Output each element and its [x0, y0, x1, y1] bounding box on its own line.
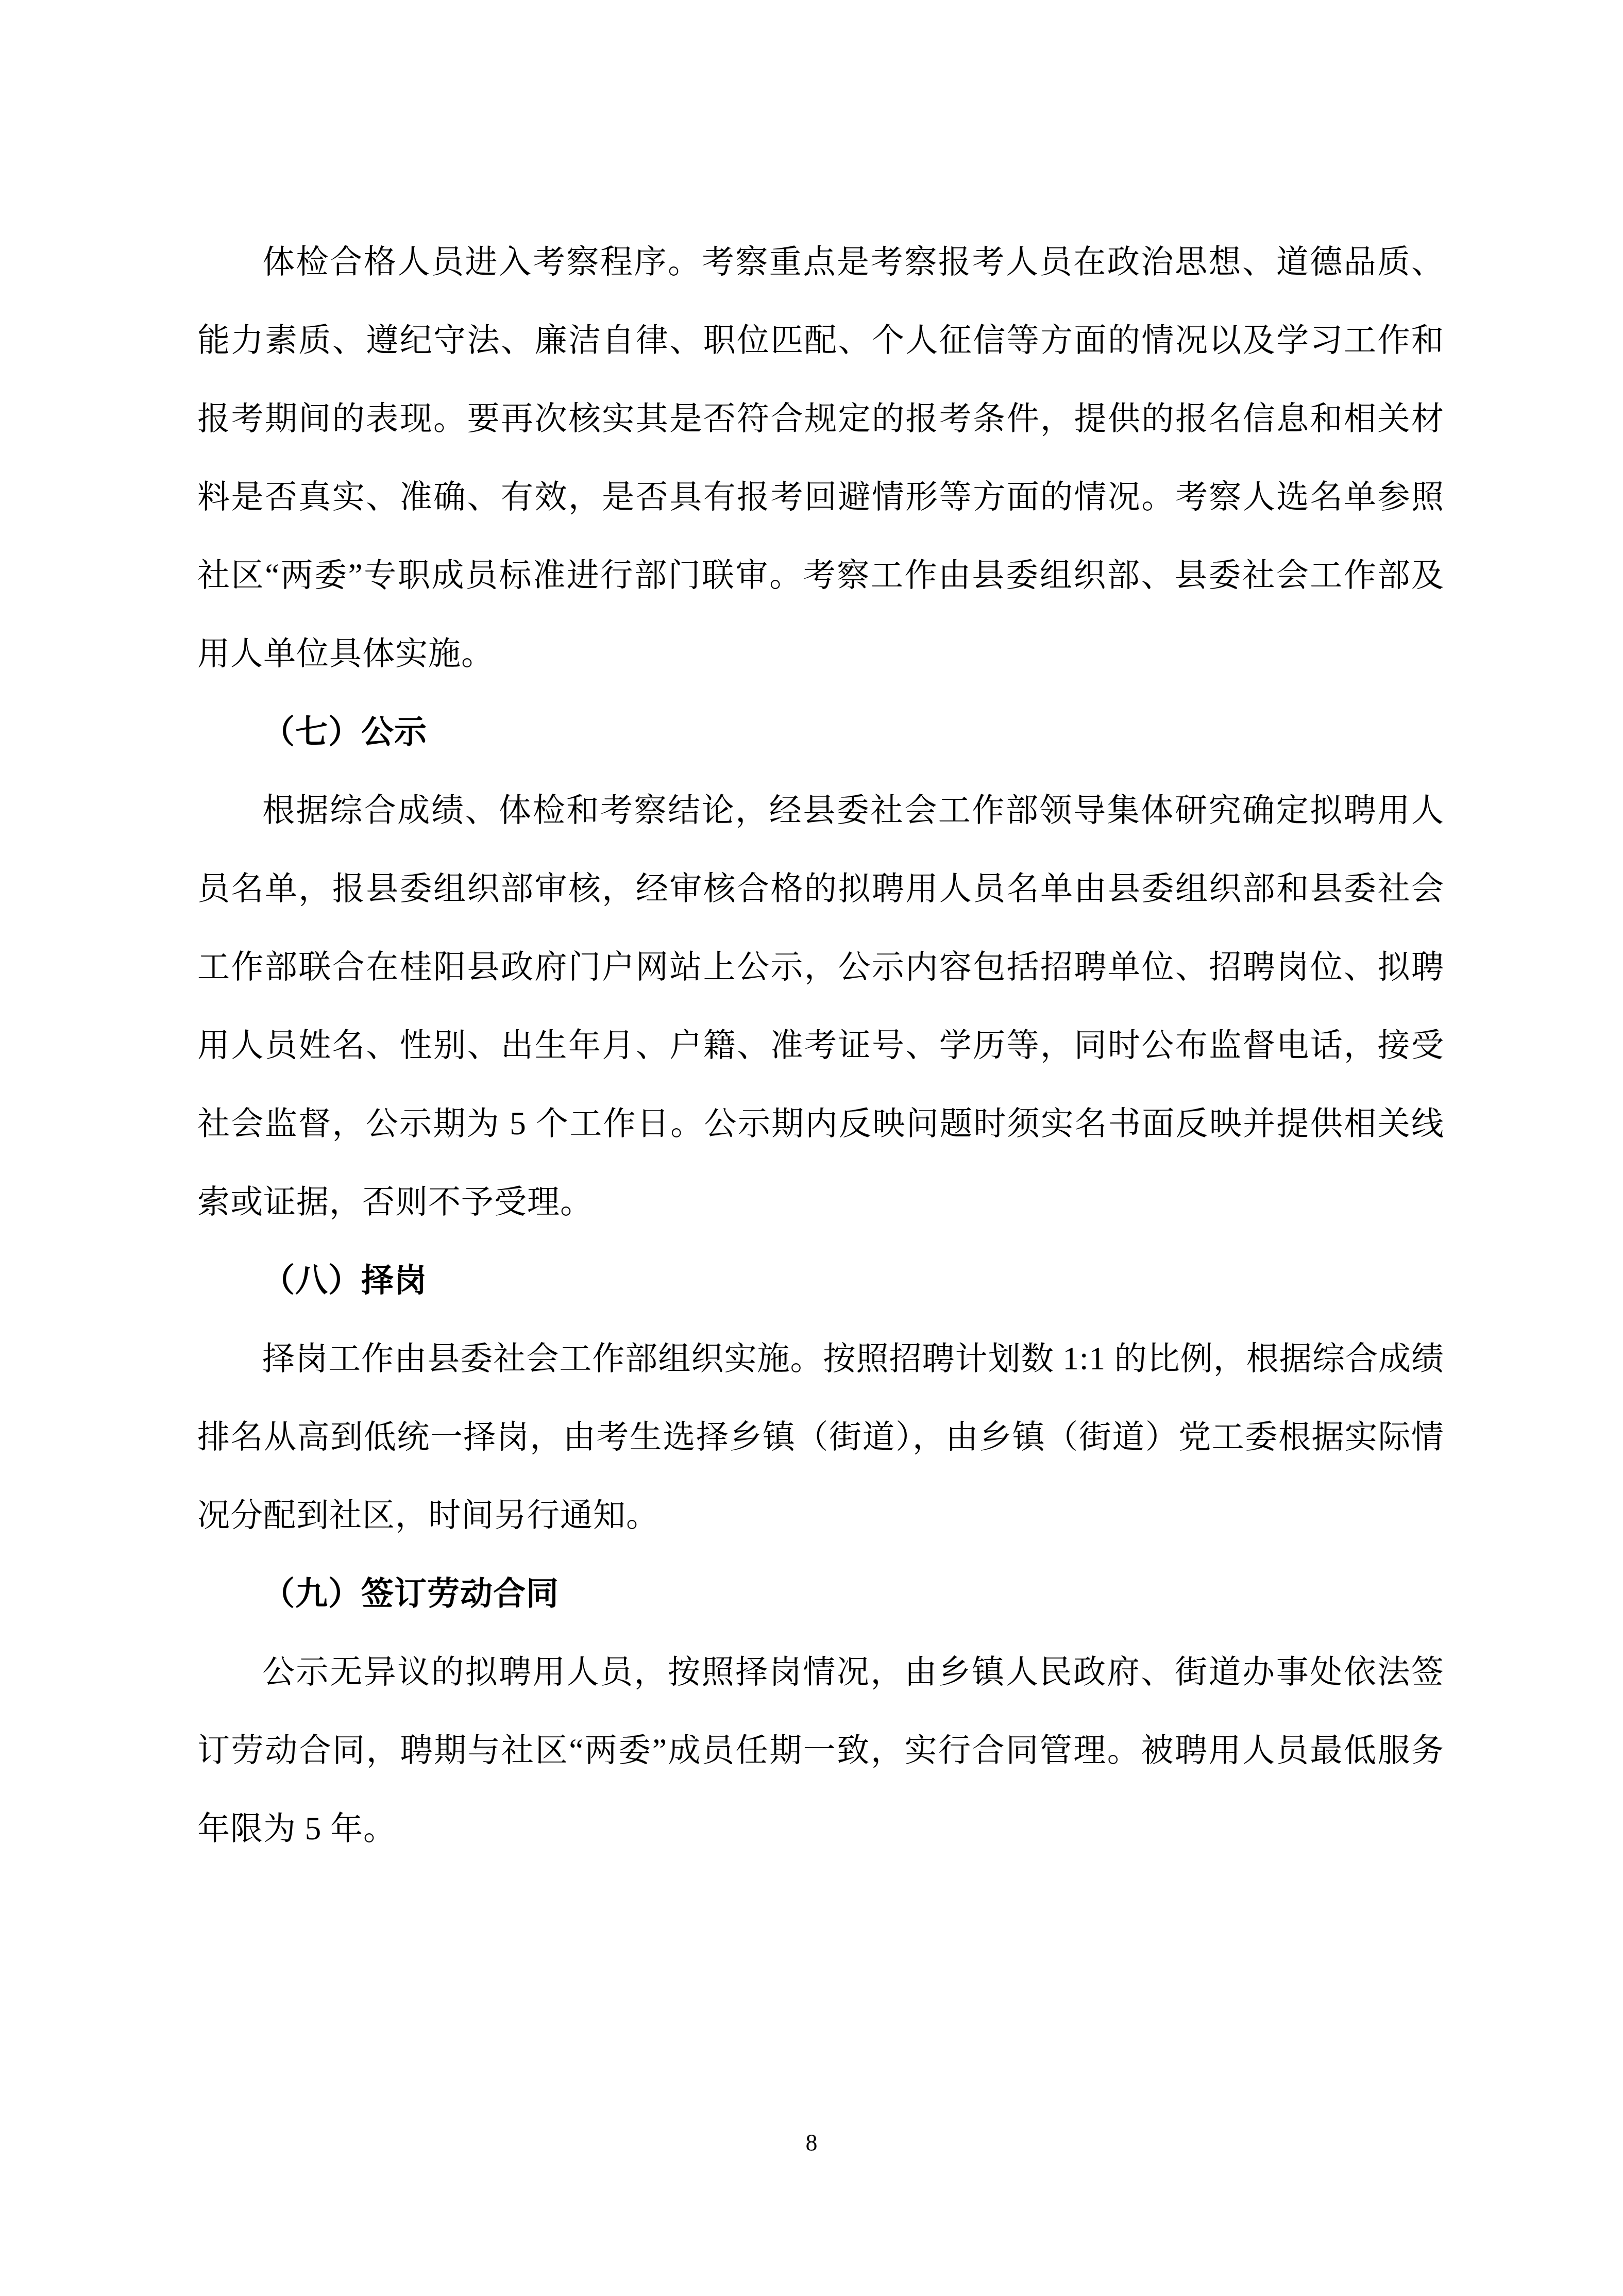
heading-labor-contract: （九）签订劳动合同	[197, 1554, 1444, 1633]
document-page: 体检合格人员进入考察程序。考察重点是考察报考人员在政治思想、道德品质、能力素质、…	[0, 0, 1623, 2296]
paragraph-post-selection: 择岗工作由县委社会工作部组织实施。按照招聘计划数 1:1 的比例，根据综合成绩排…	[197, 1319, 1444, 1554]
paragraph-inspection: 体检合格人员进入考察程序。考察重点是考察报考人员在政治思想、道德品质、能力素质、…	[197, 223, 1444, 693]
page-content: 体检合格人员进入考察程序。考察重点是考察报考人员在政治思想、道德品质、能力素质、…	[197, 223, 1444, 1868]
paragraph-public-notice: 根据综合成绩、体检和考察结论，经县委社会工作部领导集体研究确定拟聘用人员名单，报…	[197, 771, 1444, 1241]
heading-post-selection: （八）择岗	[197, 1241, 1444, 1319]
heading-public-notice: （七）公示	[197, 693, 1444, 771]
page-number: 8	[0, 2127, 1623, 2158]
paragraph-labor-contract: 公示无异议的拟聘用人员，按照择岗情况，由乡镇人民政府、街道办事处依法签订劳动合同…	[197, 1633, 1444, 1868]
